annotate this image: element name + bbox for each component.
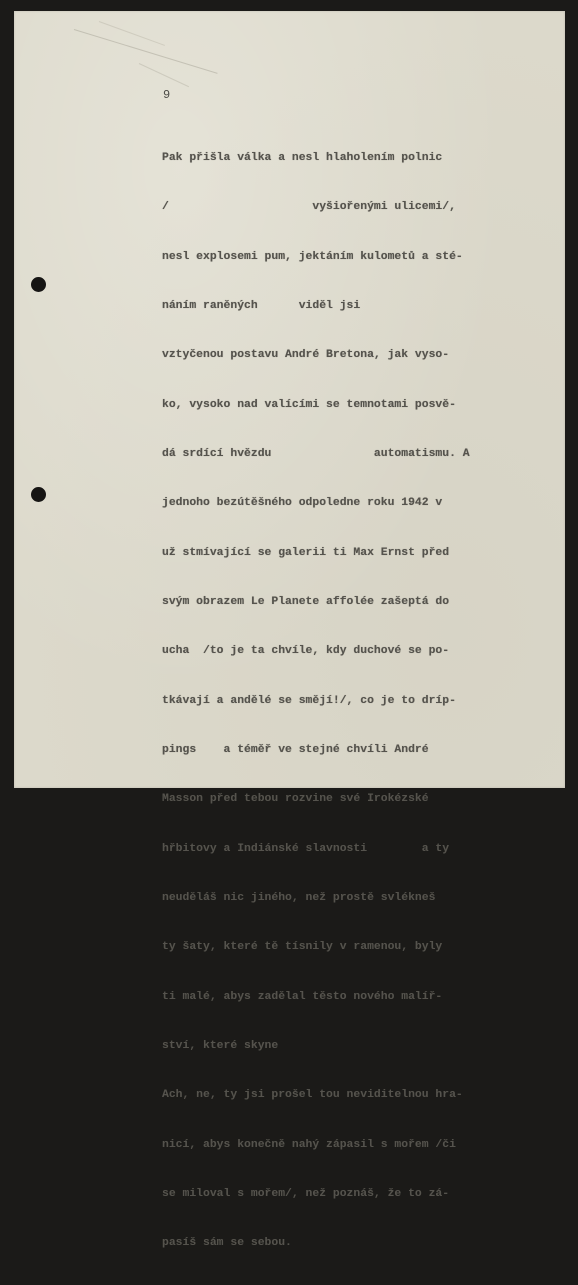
typewritten-page: 9 Pak přišla válka a nesl hlaholením pol… [14, 11, 565, 788]
text-line: tkávají a andělé se smějí!/, co je to dr… [162, 693, 470, 709]
text-line: Pak přišla válka a nesl hlaholením polni… [162, 150, 470, 166]
text-line: ucha /to je ta chvíle, kdy duchové se po… [162, 643, 470, 659]
text-line: jednoho bezútěšného odpoledne roku 1942 … [162, 495, 470, 511]
text-line: ko, vysoko nad valícími se temnotami pos… [162, 397, 470, 413]
text-line: vztyčenou postavu André Bretona, jak vys… [162, 347, 470, 363]
text-line: svým obrazem Le Planete affolée zašeptá … [162, 594, 470, 610]
text-line: dá srdící hvězdu automatismu. A [162, 446, 470, 462]
text-line: pings a téměř ve stejné chvíli André [162, 742, 470, 758]
page-number: 9 [163, 88, 170, 102]
paper-crease [99, 21, 165, 46]
punch-hole-top [31, 277, 46, 292]
text-line: už stmívající se galerii ti Max Ernst př… [162, 545, 470, 561]
text-line: náním raněných viděl jsi [162, 298, 470, 314]
typewritten-body: Pak přišla válka a nesl hlaholením polni… [162, 117, 470, 800]
paper-crease [139, 63, 189, 87]
punch-hole-bottom [31, 487, 46, 502]
text-line: nesl explosemi pum, jektáním kulometů a … [162, 249, 470, 265]
text-line: Masson před tebou rozvine své Irokézské [162, 791, 470, 800]
text-line: / vyšiořenými ulicemi/, [162, 199, 470, 215]
